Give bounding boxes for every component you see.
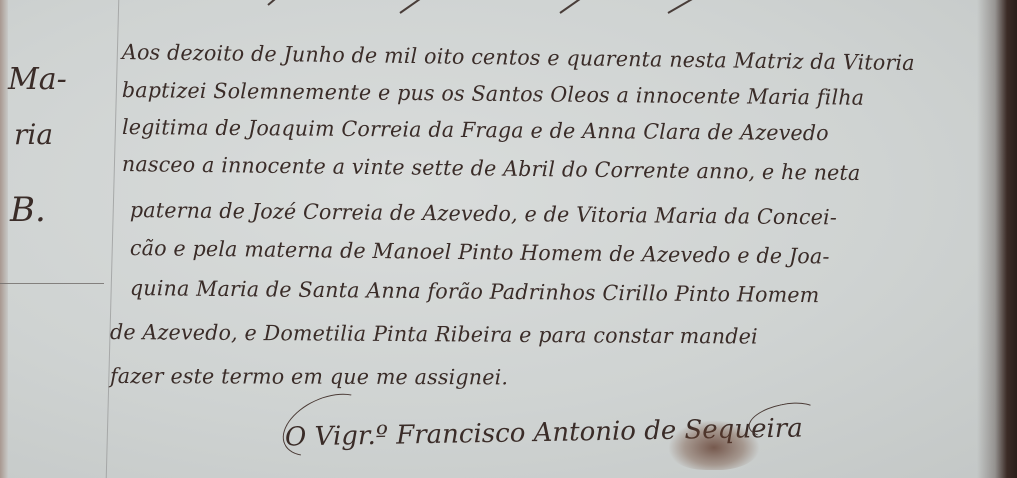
document-page: Ma- ria B. Aos dezoito de Junho de mil o… bbox=[0, 0, 1017, 478]
record-line: legitima de Joaquim Correia da Fraga e d… bbox=[122, 115, 829, 145]
margin-rule bbox=[106, 0, 120, 478]
record-line: cão e pela materna de Manoel Pinto Homem… bbox=[130, 236, 830, 269]
record-line: quina Maria de Santa Anna forão Padrinho… bbox=[130, 276, 820, 307]
margin-name-part-1: Ma- bbox=[8, 62, 67, 97]
descender-stroke bbox=[267, 0, 314, 6]
margin-abbreviation: B. bbox=[10, 190, 46, 230]
record-line: Aos dezoito de Junho de mil oito centos … bbox=[122, 40, 915, 75]
ink-blot bbox=[668, 420, 760, 470]
record-line: nasceo a innocente a vinte sette de Abri… bbox=[122, 152, 861, 185]
margin-name-part-2: ria bbox=[14, 118, 53, 151]
record-line: paterna de Jozé Correia de Azevedo, e de… bbox=[130, 198, 837, 229]
record-line: de Azevedo, e Dometilia Pinta Ribeira e … bbox=[110, 320, 758, 349]
record-line: fazer este termo em que me assignei. bbox=[110, 364, 508, 389]
record-line: baptizei Solemnemente e pus os Santos Ol… bbox=[122, 78, 864, 110]
margin-divider bbox=[0, 283, 104, 284]
book-spine-shadow bbox=[977, 0, 1017, 478]
page-edge bbox=[0, 0, 8, 478]
descender-stroke bbox=[668, 0, 704, 14]
descender-stroke bbox=[559, 0, 591, 14]
descender-stroke bbox=[399, 0, 433, 14]
